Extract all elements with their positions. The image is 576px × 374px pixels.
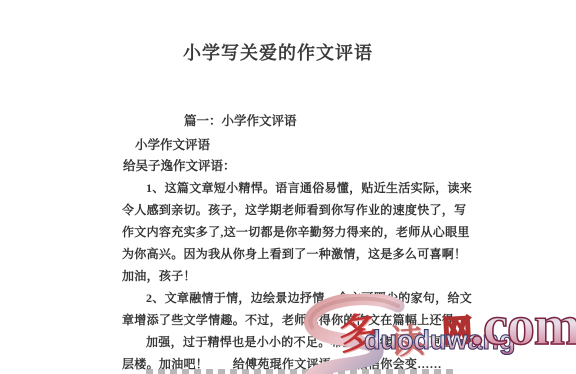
watermark-tld-text: .com: [470, 294, 576, 358]
body-line: 为你高兴。因为我从你身上看到了一种激情，这是多么可喜啊！: [122, 245, 466, 262]
body-line: 令人感到亲切。孩子，这学期老师看到你写作业的速度快了，写: [122, 201, 466, 218]
watermark: 多 读 网 duoduwang .com: [280, 292, 576, 374]
document-page: 小学写关爱的作文评语 篇一：小学作文评语 小学作文评语 给吴子逸作文评语： 1、…: [0, 0, 576, 374]
page-title: 小学写关爱的作文评语: [183, 39, 373, 65]
section-heading: 篇一：小学作文评语: [184, 111, 297, 129]
body-line: 1、这篇文章短小精悍。语言通俗易懂，贴近生活实际，读来: [146, 179, 472, 196]
body-line: 作文内容充实多了,这一切都是你辛勤努力得来的，老师从心眼里: [122, 223, 470, 240]
sub-heading: 小学作文评语: [135, 135, 210, 153]
body-line: 加油，孩子！: [122, 267, 196, 284]
salutation-line: 给吴子逸作文评语：: [123, 156, 236, 174]
